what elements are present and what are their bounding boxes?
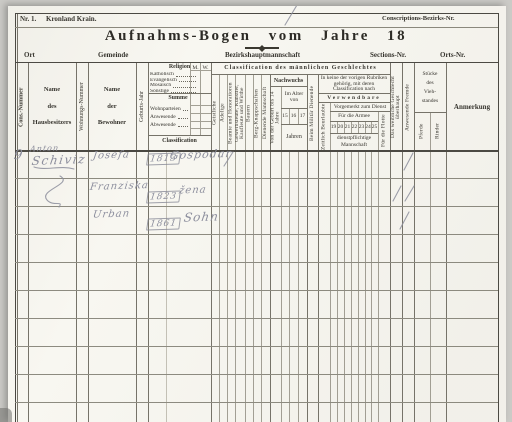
tally-mark — [404, 153, 413, 170]
tally-mark — [405, 186, 414, 201]
handwritten-strokes — [8, 6, 506, 422]
paper-page: Nr. 1. Kronland Krain. Conscriptions-Bez… — [8, 6, 506, 422]
signature-paraph — [46, 176, 64, 207]
tally-mark — [224, 152, 233, 166]
signature-underline — [34, 167, 74, 169]
tally-mark — [400, 212, 409, 229]
scan-corner-shadow — [0, 408, 12, 422]
scanned-census-form: Nr. 1. Kronland Krain. Conscriptions-Bez… — [0, 0, 512, 422]
pen-slash-mark — [285, 6, 297, 25]
tally-mark — [393, 186, 401, 201]
